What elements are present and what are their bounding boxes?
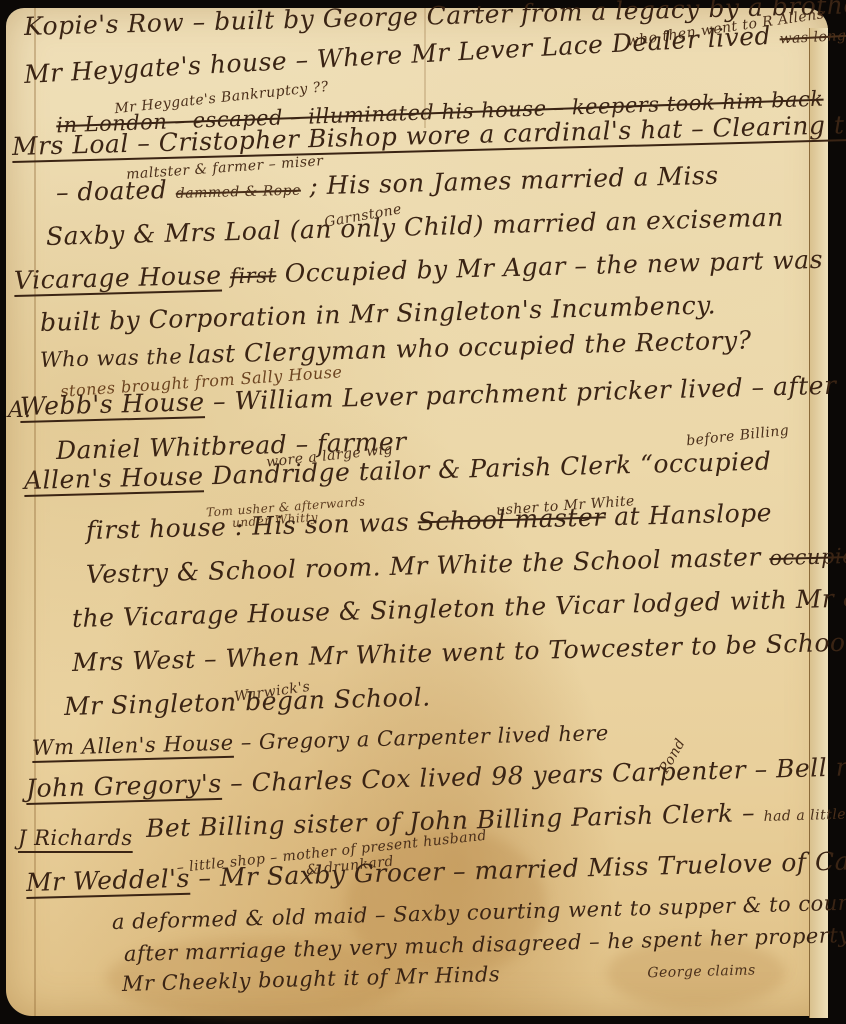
lower-lines-layer (0, 0, 846, 1024)
